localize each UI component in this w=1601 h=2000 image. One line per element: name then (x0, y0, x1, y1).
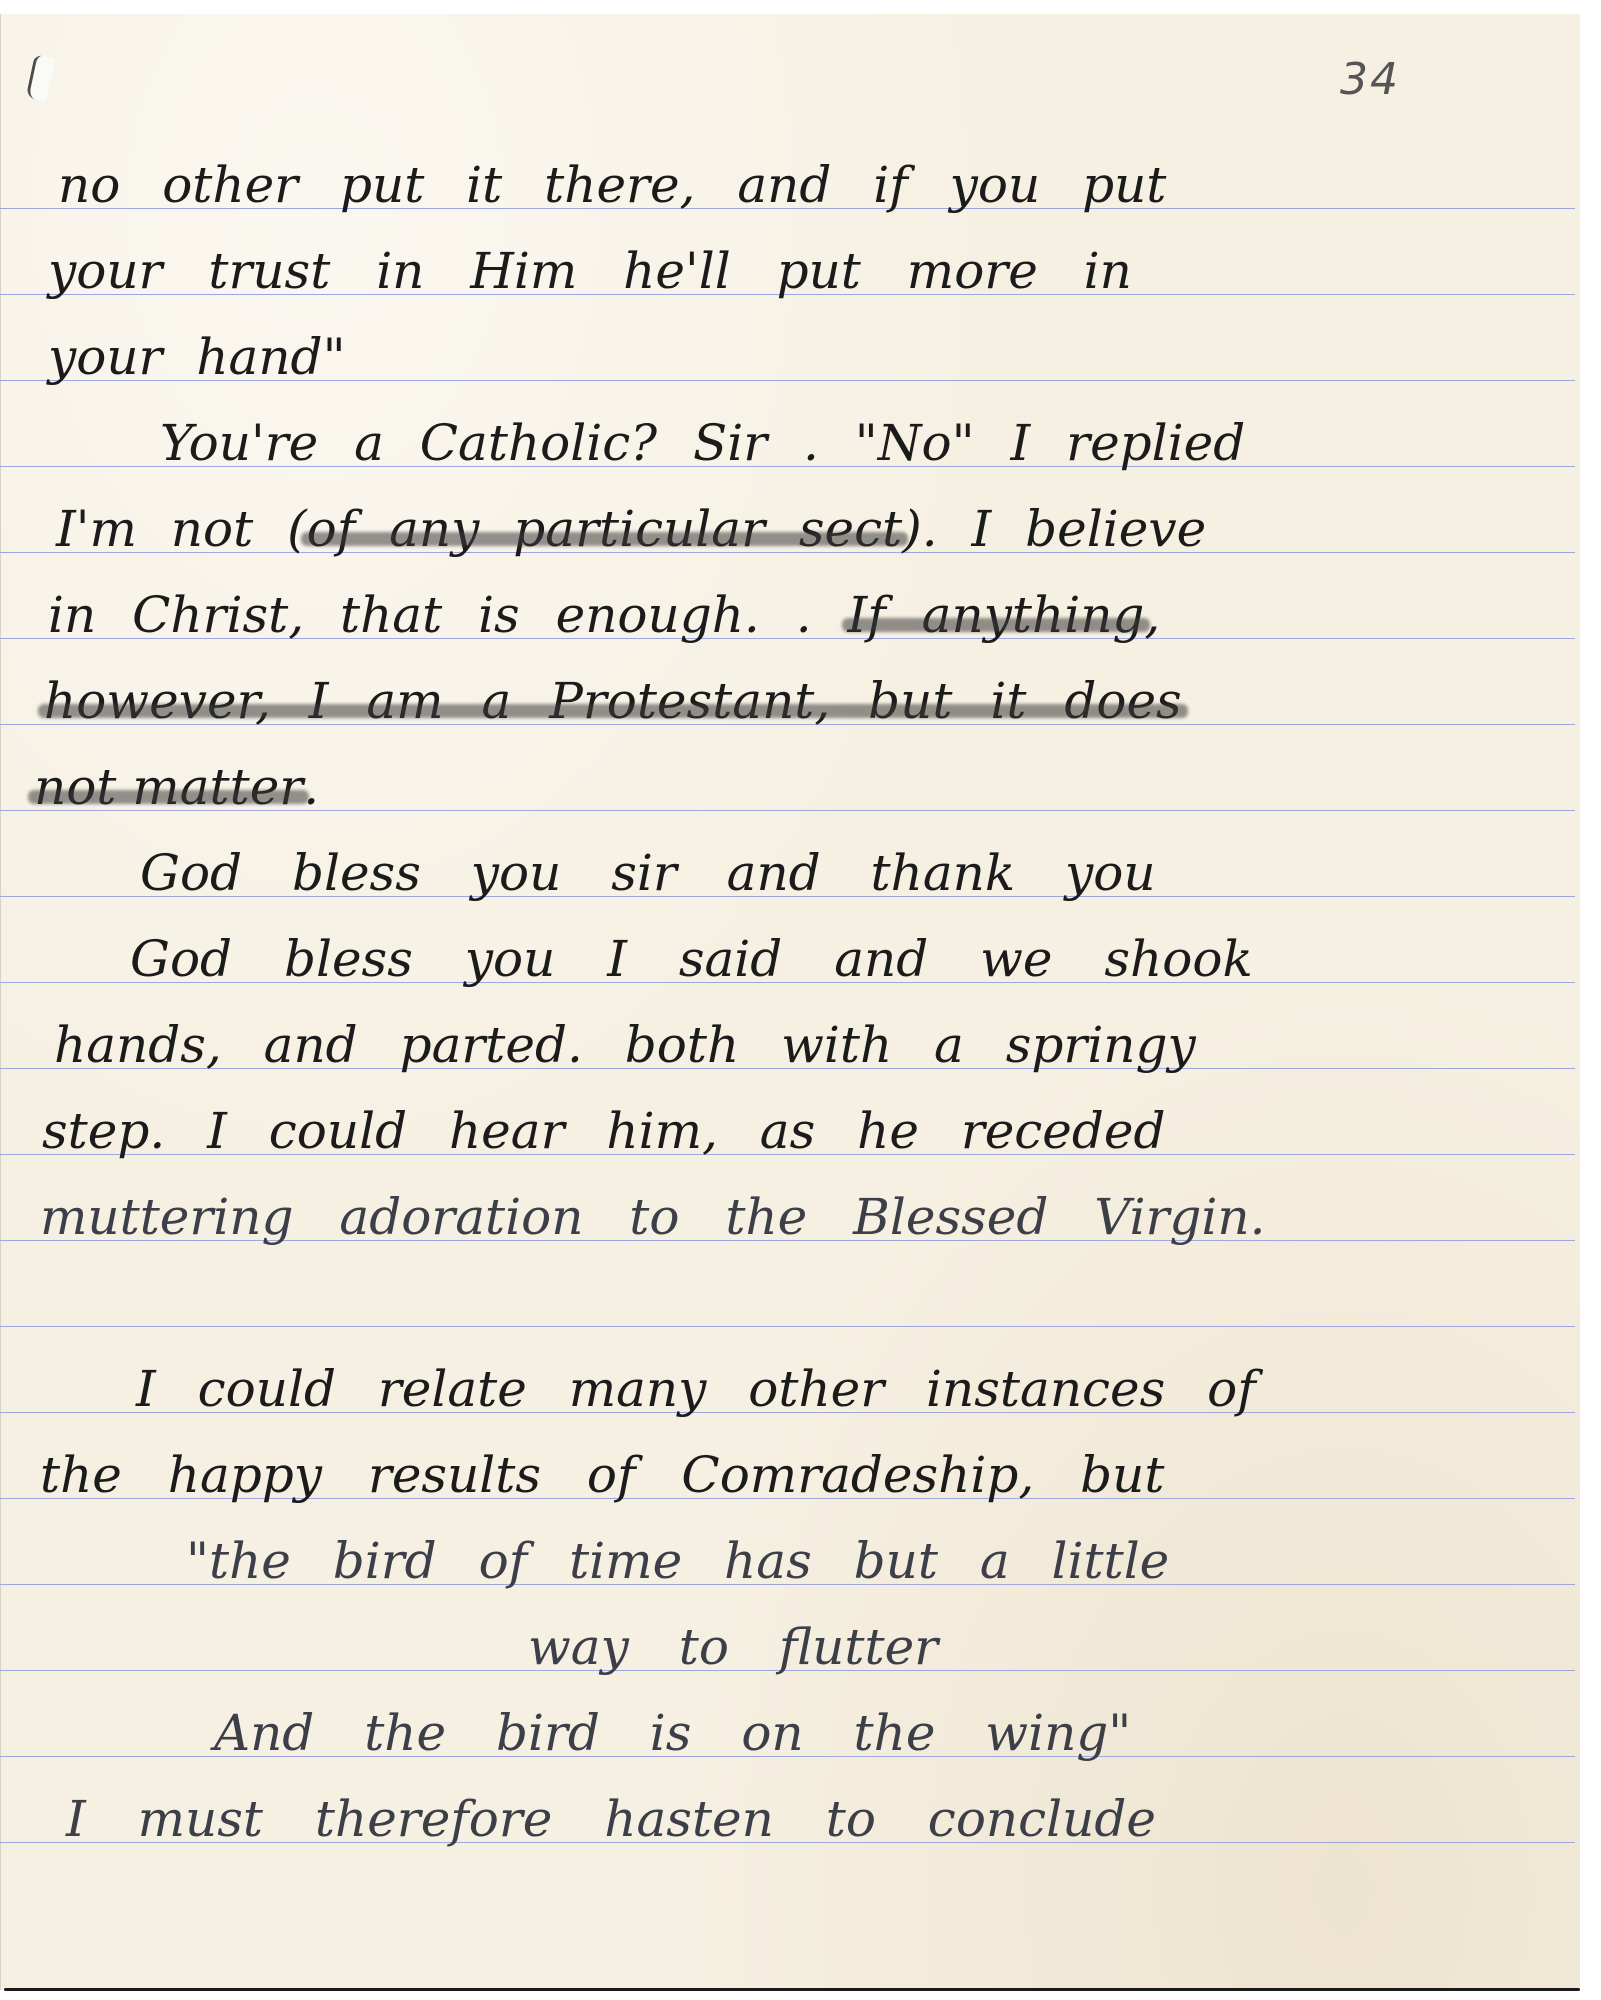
struck-text: not matter (34, 762, 303, 812)
text-line: You're a Catholic? Sir . "No" I replied (160, 418, 1245, 468)
struck-text: however, I am a Protestant, but it does (44, 676, 1182, 726)
ruled-line (0, 1326, 1575, 1327)
struck-text: of any particular sect (307, 504, 903, 554)
text-line-with-strikethrough: I'm not (of any particular sect). I beli… (56, 504, 1206, 554)
text-line: I must therefore hasten to conclude (66, 1794, 1156, 1844)
text-line: God bless you sir and thank you (140, 848, 1156, 898)
text-line-with-strikethrough: not matter. (34, 762, 319, 812)
text-line: God bless you I said and we shook (130, 934, 1253, 984)
text-line: "the bird of time has but a little (186, 1536, 1169, 1586)
text-segment: in Christ, that is enough. . (48, 586, 848, 644)
text-line-with-strikethrough: however, I am a Protestant, but it does (44, 676, 1182, 726)
text-line: step. I could hear him, as he receded (42, 1106, 1166, 1156)
text-line: And the bird is on the wing" (214, 1708, 1131, 1758)
text-line: I could relate many other instances of (136, 1364, 1256, 1414)
text-line: your trust in Him he'll put more in (48, 246, 1132, 296)
text-line: the happy results of Comradeship, but (40, 1450, 1164, 1500)
page-edge (4, 1988, 1580, 1991)
text-segment: I'm not ( (56, 500, 307, 558)
text-line: hands, and parted. both with a springy (54, 1020, 1196, 1070)
text-segment: . (303, 758, 319, 816)
struck-text: If anything (848, 590, 1145, 640)
text-line: muttering adoration to the Blessed Virgi… (40, 1192, 1266, 1242)
text-line: way to flutter (528, 1622, 938, 1672)
text-line: no other put it there, and if you put (58, 160, 1166, 210)
text-line-with-strikethrough: in Christ, that is enough. . If anything… (48, 590, 1160, 640)
punch-hole (26, 54, 56, 101)
text-segment: ). I believe (902, 500, 1206, 558)
manuscript-page: 34 no other put it there, and if you put… (0, 14, 1580, 1990)
page-number: 34 (1340, 54, 1400, 105)
text-line: your hand" (48, 332, 346, 382)
text-segment: , (1144, 586, 1160, 644)
